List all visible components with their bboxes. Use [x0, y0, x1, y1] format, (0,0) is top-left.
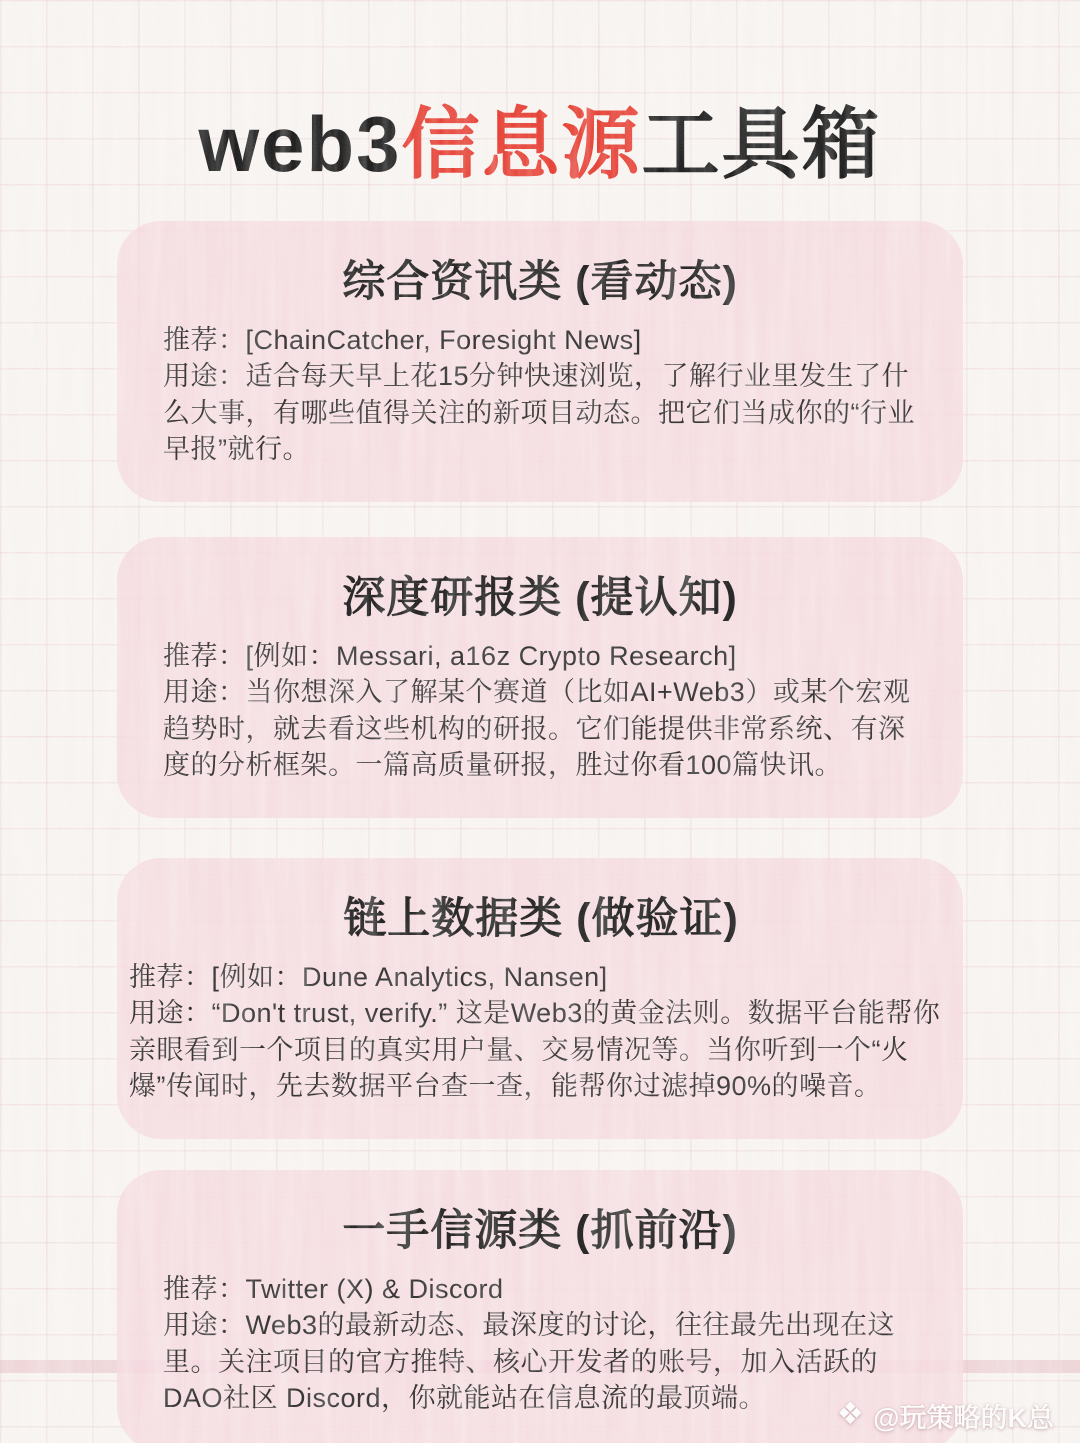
card-usage: 用途：“Don't trust, verify.” 这是Web3的黄金法则。数据… — [129, 995, 953, 1105]
usage-text: Web3的最新动态、最深度的讨论，往往最先出现在这里。关注项目的官方推特、核心开… — [163, 1310, 895, 1413]
recommendation-text: Twitter (X) & Discord — [246, 1274, 504, 1304]
card-recommendation: 推荐：[例如：Messari, a16z Crypto Research] — [163, 638, 917, 675]
usage-text: “Don't trust, verify.” 这是Web3的黄金法则。数据平台能… — [129, 998, 940, 1101]
card-title: 一手信源类 (抓前沿) — [163, 1197, 917, 1258]
usage-label: 用途： — [163, 361, 246, 391]
title-segment-info-source: 信息源 — [402, 100, 642, 188]
card-usage: 用途：当你想深入了解某个赛道（比如AI+Web3）或某个宏观趋势时，就去看这些机… — [163, 674, 917, 784]
usage-text: 当你想深入了解某个赛道（比如AI+Web3）或某个宏观趋势时，就去看这些机构的研… — [163, 677, 910, 780]
usage-label: 用途： — [163, 1310, 246, 1340]
card-title: 综合资讯类 (看动态) — [163, 248, 917, 309]
card-usage: 用途：Web3的最新动态、最深度的讨论，往往最先出现在这里。关注项目的官方推特、… — [163, 1307, 917, 1417]
usage-label: 用途： — [129, 998, 212, 1028]
recommendation-label: 推荐： — [129, 962, 212, 992]
recommendation-label: 推荐： — [163, 325, 246, 355]
recommendation-text: [ChainCatcher, Foresight News] — [246, 325, 642, 355]
poster: web3信息源工具箱 综合资讯类 (看动态) 推荐：[ChainCatcher,… — [0, 0, 1080, 1443]
title-segment-toolbox: 工具箱 — [642, 100, 882, 188]
card-recommendation: 推荐：Twitter (X) & Discord — [163, 1271, 917, 1308]
card-title: 链上数据类 (做验证) — [129, 885, 953, 946]
card-recommendation: 推荐：[例如：Dune Analytics, Nansen] — [129, 959, 953, 996]
card-list: 综合资讯类 (看动态) 推荐：[ChainCatcher, Foresight … — [117, 221, 963, 1443]
page-title: web3信息源工具箱 — [0, 0, 1080, 188]
card-general-news: 综合资讯类 (看动态) 推荐：[ChainCatcher, Foresight … — [117, 221, 963, 502]
recommendation-text: [例如：Dune Analytics, Nansen] — [212, 962, 608, 992]
usage-text: 适合每天早上花15分钟快速浏览，了解行业里发生了什么大事，有哪些值得关注的新项目… — [163, 361, 915, 464]
watermark: ❖ @玩策略的K总 — [836, 1396, 1054, 1435]
watermark-handle: @玩策略的K总 — [873, 1396, 1054, 1435]
title-segment-web3: web3 — [198, 100, 401, 188]
recommendation-label: 推荐： — [163, 641, 246, 671]
card-onchain-data: 链上数据类 (做验证) 推荐：[例如：Dune Analytics, Nanse… — [117, 858, 963, 1139]
card-deep-research: 深度研报类 (提认知) 推荐：[例如：Messari, a16z Crypto … — [117, 537, 963, 818]
card-recommendation: 推荐：[ChainCatcher, Foresight News] — [163, 322, 917, 359]
recommendation-label: 推荐： — [163, 1274, 246, 1304]
usage-label: 用途： — [163, 677, 246, 707]
recommendation-text: [例如：Messari, a16z Crypto Research] — [246, 641, 737, 671]
binance-diamond-icon: ❖ — [836, 1398, 864, 1429]
card-usage: 用途：适合每天早上花15分钟快速浏览，了解行业里发生了什么大事，有哪些值得关注的… — [163, 358, 917, 468]
card-title: 深度研报类 (提认知) — [163, 564, 917, 625]
